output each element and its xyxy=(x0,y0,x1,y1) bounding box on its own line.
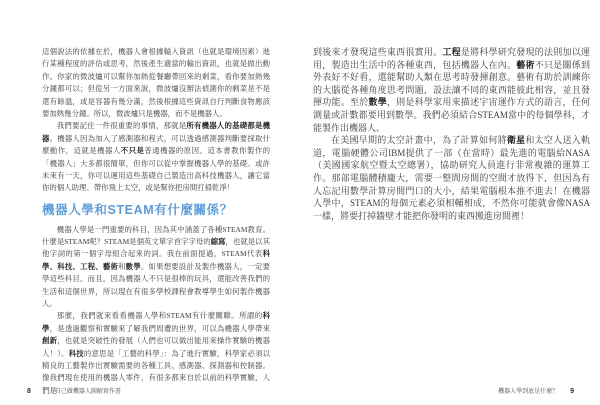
bold-text: 不只是 xyxy=(121,146,145,155)
page-number-left: 8 xyxy=(27,388,31,395)
paragraph: 我們要記住一件很重要的事情，那就是所有機器人的基礎都是機器。機器人因為加入了感測… xyxy=(42,120,270,194)
body-text: 這個說法的依據在於，機器人會根據輸入資訊（也就是環境因素）進行某種程度的評估或思… xyxy=(42,47,270,118)
bold-text: 衛星 xyxy=(507,135,526,145)
page-number-right: 9 xyxy=(570,388,574,395)
page-left-text: 這個說法的依據在於，機器人會根據輸入資訊（也就是環境因素）進行某種程度的評估或思… xyxy=(42,46,270,397)
paragraph: 機器人學是一門重要的科目，因為其中涵蓋了各種STEAM教育。什麼是STEAM呢？… xyxy=(42,224,270,311)
chapter-title: 機器人學到底是什麼？ xyxy=(498,389,558,395)
body-text: 到後來才發現這些東西很實用。 xyxy=(313,47,442,57)
body-text: 那麼，我們就來看看機器人學和STEAM有什麼關聯。所謂的 xyxy=(57,311,263,320)
paragraph: 到後來才發現這些東西很實用。工程是將科學研究發現的法則加以運用，製造出生活中的各… xyxy=(313,46,590,134)
bold-text: 縮寫 xyxy=(211,237,226,246)
body-text: 我們要記住一件很重要的事情，那就是 xyxy=(57,121,187,130)
bold-text: 數學 xyxy=(126,262,141,271)
body-text: ，是透過觀察和實驗來了解我們周遭的世界，可以為機器人學帶來 xyxy=(50,324,270,333)
paragraph: 那麼，我們就來看看機器人學和STEAM有什麼關聯。所謂的科學，是透過觀察和實驗來… xyxy=(42,310,270,397)
body-text: 和 xyxy=(118,262,126,271)
book-title: 自己做機器人圖解實作書 xyxy=(55,389,121,395)
bold-text: 創新 xyxy=(42,336,57,345)
section-heading: 機器人學和STEAM有什麼關係？ xyxy=(42,203,270,219)
book-spread: 這個說法的依據在於，機器人會根據輸入資訊（也就是環境因素）進行某種程度的評估或思… xyxy=(0,0,600,405)
body-text: 在美國早期的太空計畫中，為了計算如何將 xyxy=(331,135,507,145)
bold-text: 科技 xyxy=(69,349,84,358)
body-text: 和太空人送入軌道，電腦硬體公司IBM提供了一部（在當時）最先進的電腦給NASA（… xyxy=(313,135,590,221)
page-right-footer: 機器人學到底是什麼？9 xyxy=(498,386,574,395)
paragraph: 在美國早期的太空計畫中，為了計算如何將衛星和太空人送入軌道，電腦硬體公司IBM提… xyxy=(313,134,590,222)
bold-text: 工程 xyxy=(442,47,460,57)
page-right-text: 到後來才發現這些東西很實用。工程是將科學研究發現的法則加以運用，製造出生活中的各… xyxy=(313,46,590,222)
page-left-footer: 8自己做機器人圖解實作書 xyxy=(27,386,121,395)
bold-text: 藝術 xyxy=(516,60,534,70)
bold-text: 數學 xyxy=(368,97,386,107)
paragraph: 這個說法的依據在於，機器人會根據輸入資訊（也就是環境因素）進行某種程度的評估或思… xyxy=(42,46,270,120)
